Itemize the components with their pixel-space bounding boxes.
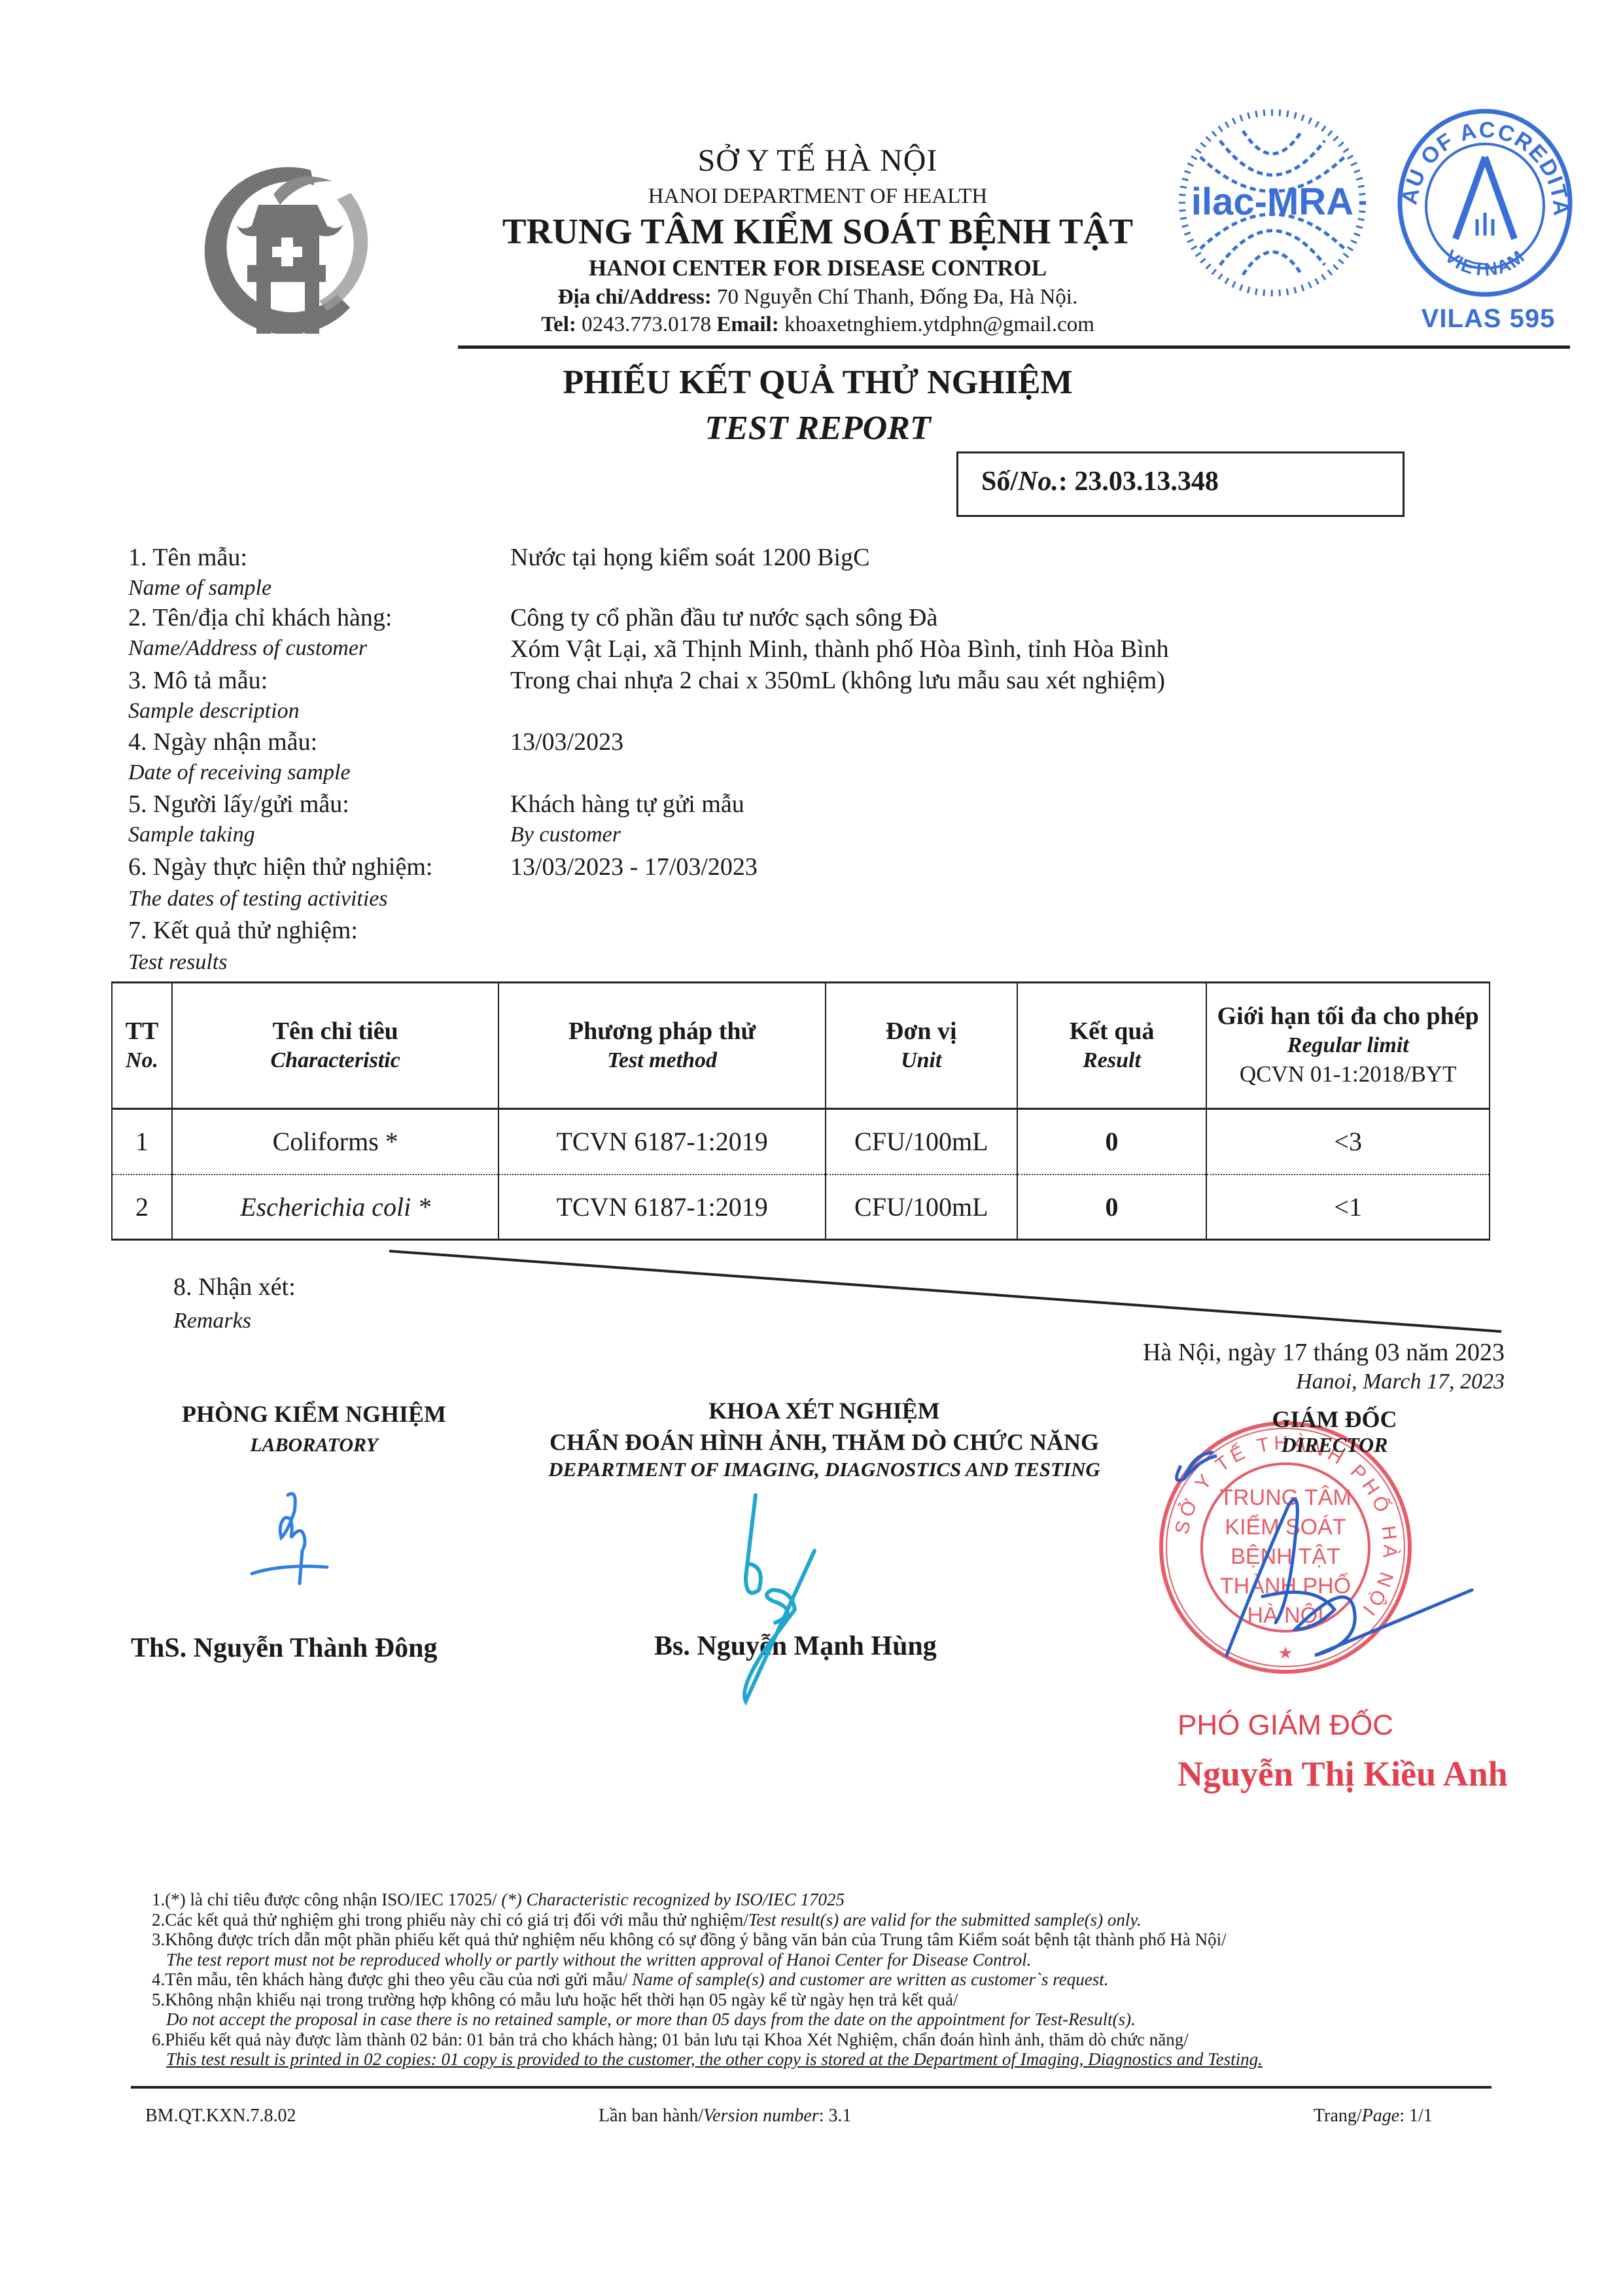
header-divider — [458, 345, 1570, 349]
customer-name-value: Công ty cổ phần đầu tư nước sạch sông Đà — [510, 603, 937, 632]
deputy-director-stamp-name: Nguyễn Thị Kiều Anh — [1178, 1754, 1508, 1794]
header-test-method: Phương pháp thửTest method — [498, 983, 825, 1109]
cell-no: 1 — [112, 1109, 172, 1174]
bureau-of-accreditation-seal-icon: BUREAU OF ACCREDITATION VIETNAM — [1393, 105, 1577, 301]
laboratory-title-en: LABORATORY — [118, 1434, 510, 1457]
department-title-en: DEPARTMENT OF IMAGING, DIAGNOSTICS AND T… — [497, 1458, 1151, 1481]
testing-dates-label-en: The dates of testing activities — [128, 887, 388, 911]
laboratory-signature-icon — [249, 1485, 379, 1590]
organization-name-en: HANOI CENTER FOR DISEASE CONTROL — [458, 255, 1178, 281]
cell-result: 0 — [1017, 1174, 1207, 1240]
table-header-row: TTNo. Tên chỉ tiêuCharacteristic Phương … — [112, 983, 1490, 1109]
footnotes: 1.(*) là chỉ tiêu được công nhận ISO/IEC… — [152, 1890, 1493, 2070]
address-label: Địa chỉ/Address: — [558, 285, 712, 309]
footnote-3-en: The test report must not be reproduced w… — [152, 1950, 1493, 1970]
department-name-vn: SỞ Y TẾ HÀ NỘI — [458, 143, 1178, 179]
sample-taker-label-en: Sample taking — [128, 822, 255, 847]
received-date-value: 13/03/2023 — [510, 728, 623, 756]
svg-text:HÀ NỘI: HÀ NỘI — [1247, 1603, 1323, 1628]
report-title-vn: PHIẾU KẾT QUẢ THỬ NGHIỆM — [458, 363, 1178, 402]
footer-divider — [131, 2086, 1492, 2089]
received-date-label-en: Date of receiving sample — [128, 760, 351, 785]
svg-text:TRUNG TÂM: TRUNG TÂM — [1219, 1485, 1351, 1510]
test-results-label: 7. Kết quả thử nghiệm: — [128, 916, 358, 945]
version-number: Lần ban hành/Version number: 3.1 — [599, 2106, 852, 2127]
results-table: TTNo. Tên chỉ tiêuCharacteristic Phương … — [111, 981, 1490, 1241]
footnote-4: 4.Tên mẫu, tên khách hàng được ghi theo … — [152, 1969, 1493, 1990]
organization-name-vn: TRUNG TÂM KIỂM SOÁT BỆNH TẬT — [458, 211, 1178, 252]
footnote-3: 3.Không được trích dẫn một phần phiếu kế… — [152, 1930, 1493, 1950]
form-code: BM.QT.KXN.7.8.02 — [145, 2106, 296, 2127]
deputy-director-stamp-title: PHÓ GIÁM ĐỐC — [1178, 1709, 1505, 1742]
cell-result: 0 — [1017, 1109, 1207, 1174]
header-unit: Đơn vịUnit — [826, 983, 1017, 1109]
sample-description-value: Trong chai nhựa 2 chai x 350mL (không lư… — [510, 666, 1165, 695]
remarks-label-en: Remarks — [173, 1309, 251, 1333]
sample-description-label-en: Sample description — [128, 699, 300, 724]
footnote-1: 1.(*) là chỉ tiêu được công nhận ISO/IEC… — [152, 1890, 1493, 1910]
laboratory-signer-name: ThS. Nguyễn Thành Đông — [131, 1633, 437, 1664]
address-value: 70 Nguyễn Chí Thanh, Đống Đa, Hà Nội. — [712, 285, 1077, 309]
director-title-en: DIRECTOR — [1217, 1433, 1452, 1457]
header-regular-limit: Giới hạn tối đa cho phépRegular limitQCV… — [1206, 983, 1490, 1109]
svg-text:ilac-MRA: ilac-MRA — [1191, 181, 1353, 223]
department-title: KHOA XÉT NGHIỆM — [497, 1397, 1151, 1424]
hanoi-cdc-logo-icon — [196, 154, 386, 334]
director-title: GIÁM ĐỐC — [1217, 1405, 1452, 1433]
sample-taker-value: Khách hàng tự gửi mẫu — [510, 790, 744, 819]
report-number-value: 23.03.13.348 — [1074, 467, 1219, 497]
footnote-5: 5.Không nhận khiếu nại trong trường hợp … — [152, 1990, 1493, 2010]
cell-method: TCVN 6187-1:2019 — [498, 1109, 825, 1174]
svg-text:THÀNH PHỐ: THÀNH PHỐ — [1220, 1573, 1351, 1598]
cell-unit: CFU/100mL — [826, 1109, 1017, 1174]
header-result: Kết quảResult — [1017, 983, 1207, 1109]
department-name-en: HANOI DEPARTMENT OF HEALTH — [458, 185, 1178, 209]
cell-characteristic: Escherichia coli * — [172, 1174, 499, 1240]
report-number-separator: : — [1058, 467, 1075, 497]
svg-text:BỆNH TẬT: BỆNH TẬT — [1230, 1544, 1340, 1569]
email-value: khoaxetnghiem.ytdphn@gmail.com — [779, 313, 1094, 336]
test-results-label-en: Test results — [128, 950, 227, 975]
header-no: TTNo. — [112, 983, 172, 1109]
table-row: 2 Escherichia coli * TCVN 6187-1:2019 CF… — [112, 1174, 1490, 1240]
ilac-mra-logo-icon: ilac-MRA — [1174, 105, 1370, 301]
cell-no: 2 — [112, 1174, 172, 1240]
footnote-6-en: This test result is printed in 02 copies… — [152, 2049, 1493, 2070]
customer-address-value: Xóm Vật Lại, xã Thịnh Minh, thành phố Hò… — [510, 635, 1169, 663]
footnote-6: 6.Phiếu kết quả này được làm thành 02 bả… — [152, 2030, 1493, 2050]
sample-name-label: 1. Tên mẫu: — [128, 543, 247, 572]
header-characteristic: Tên chỉ tiêuCharacteristic — [172, 983, 499, 1109]
sample-description-label: 3. Mô tả mẫu: — [128, 666, 268, 695]
organization-address: Địa chỉ/Address: 70 Nguyễn Chí Thanh, Đố… — [458, 285, 1178, 309]
svg-text:KIỂM SOÁT: KIỂM SOÁT — [1225, 1515, 1346, 1540]
testing-dates-label: 6. Ngày thực hiện thử nghiệm: — [128, 853, 432, 881]
svg-text:VIETNAM: VIETNAM — [1441, 246, 1529, 280]
department-title-2: CHẨN ĐOÁN HÌNH ẢNH, THĂM DÒ CHỨC NĂNG — [497, 1428, 1151, 1456]
footnote-5-en: Do not accept the proposal in case there… — [152, 2009, 1493, 2030]
customer-label: 2. Tên/địa chỉ khách hàng: — [128, 603, 392, 632]
vilas-number: VILAS 595 — [1403, 304, 1573, 334]
sample-taker-value-en: By customer — [510, 822, 621, 847]
department-signer-name: Bs. Nguyễn Mạnh Hùng — [654, 1631, 937, 1662]
cell-limit: <3 — [1206, 1109, 1490, 1174]
svg-text:★: ★ — [1278, 1644, 1293, 1663]
testing-dates-value: 13/03/2023 - 17/03/2023 — [510, 853, 758, 881]
tel-value: 0243.773.0178 — [576, 313, 717, 336]
tel-label: Tel: — [541, 313, 576, 336]
report-number-label-en: No. — [1018, 467, 1058, 497]
cell-limit: <1 — [1206, 1174, 1490, 1240]
sample-name-value: Nước tại họng kiểm soát 1200 BigC — [510, 543, 869, 572]
report-number: Số/No.: 23.03.13.348 — [981, 466, 1219, 497]
received-date-label: 4. Ngày nhận mẫu: — [128, 728, 317, 756]
customer-label-en: Name/Address of customer — [128, 636, 367, 661]
signing-date-en: Hanoi, March 17, 2023 — [1047, 1369, 1505, 1394]
cell-characteristic: Coliforms * — [172, 1109, 499, 1174]
sample-name-label-en: Name of sample — [128, 576, 271, 601]
table-row: 1 Coliforms * TCVN 6187-1:2019 CFU/100mL… — [112, 1109, 1490, 1174]
organization-contact: Tel: 0243.773.0178 Email: khoaxetnghiem.… — [458, 313, 1178, 337]
page-number: Trang/Page: 1/1 — [1314, 2106, 1433, 2127]
footnote-2: 2.Các kết quả thử nghiệm ghi trong phiếu… — [152, 1910, 1493, 1930]
cell-method: TCVN 6187-1:2019 — [498, 1174, 825, 1240]
department-signature-icon — [720, 1492, 890, 1708]
report-title-en: TEST REPORT — [458, 409, 1178, 448]
signing-date-vn: Hà Nội, ngày 17 tháng 03 năm 2023 — [1047, 1338, 1505, 1367]
sample-taker-label: 5. Người lấy/gửi mẫu: — [128, 790, 349, 819]
laboratory-title: PHÒNG KIỂM NGHIỆM — [118, 1400, 510, 1428]
report-number-label-vn: Số/ — [981, 467, 1018, 497]
cell-unit: CFU/100mL — [826, 1174, 1017, 1240]
email-label: Email: — [716, 313, 778, 336]
remarks-label: 8. Nhận xét: — [173, 1273, 296, 1301]
